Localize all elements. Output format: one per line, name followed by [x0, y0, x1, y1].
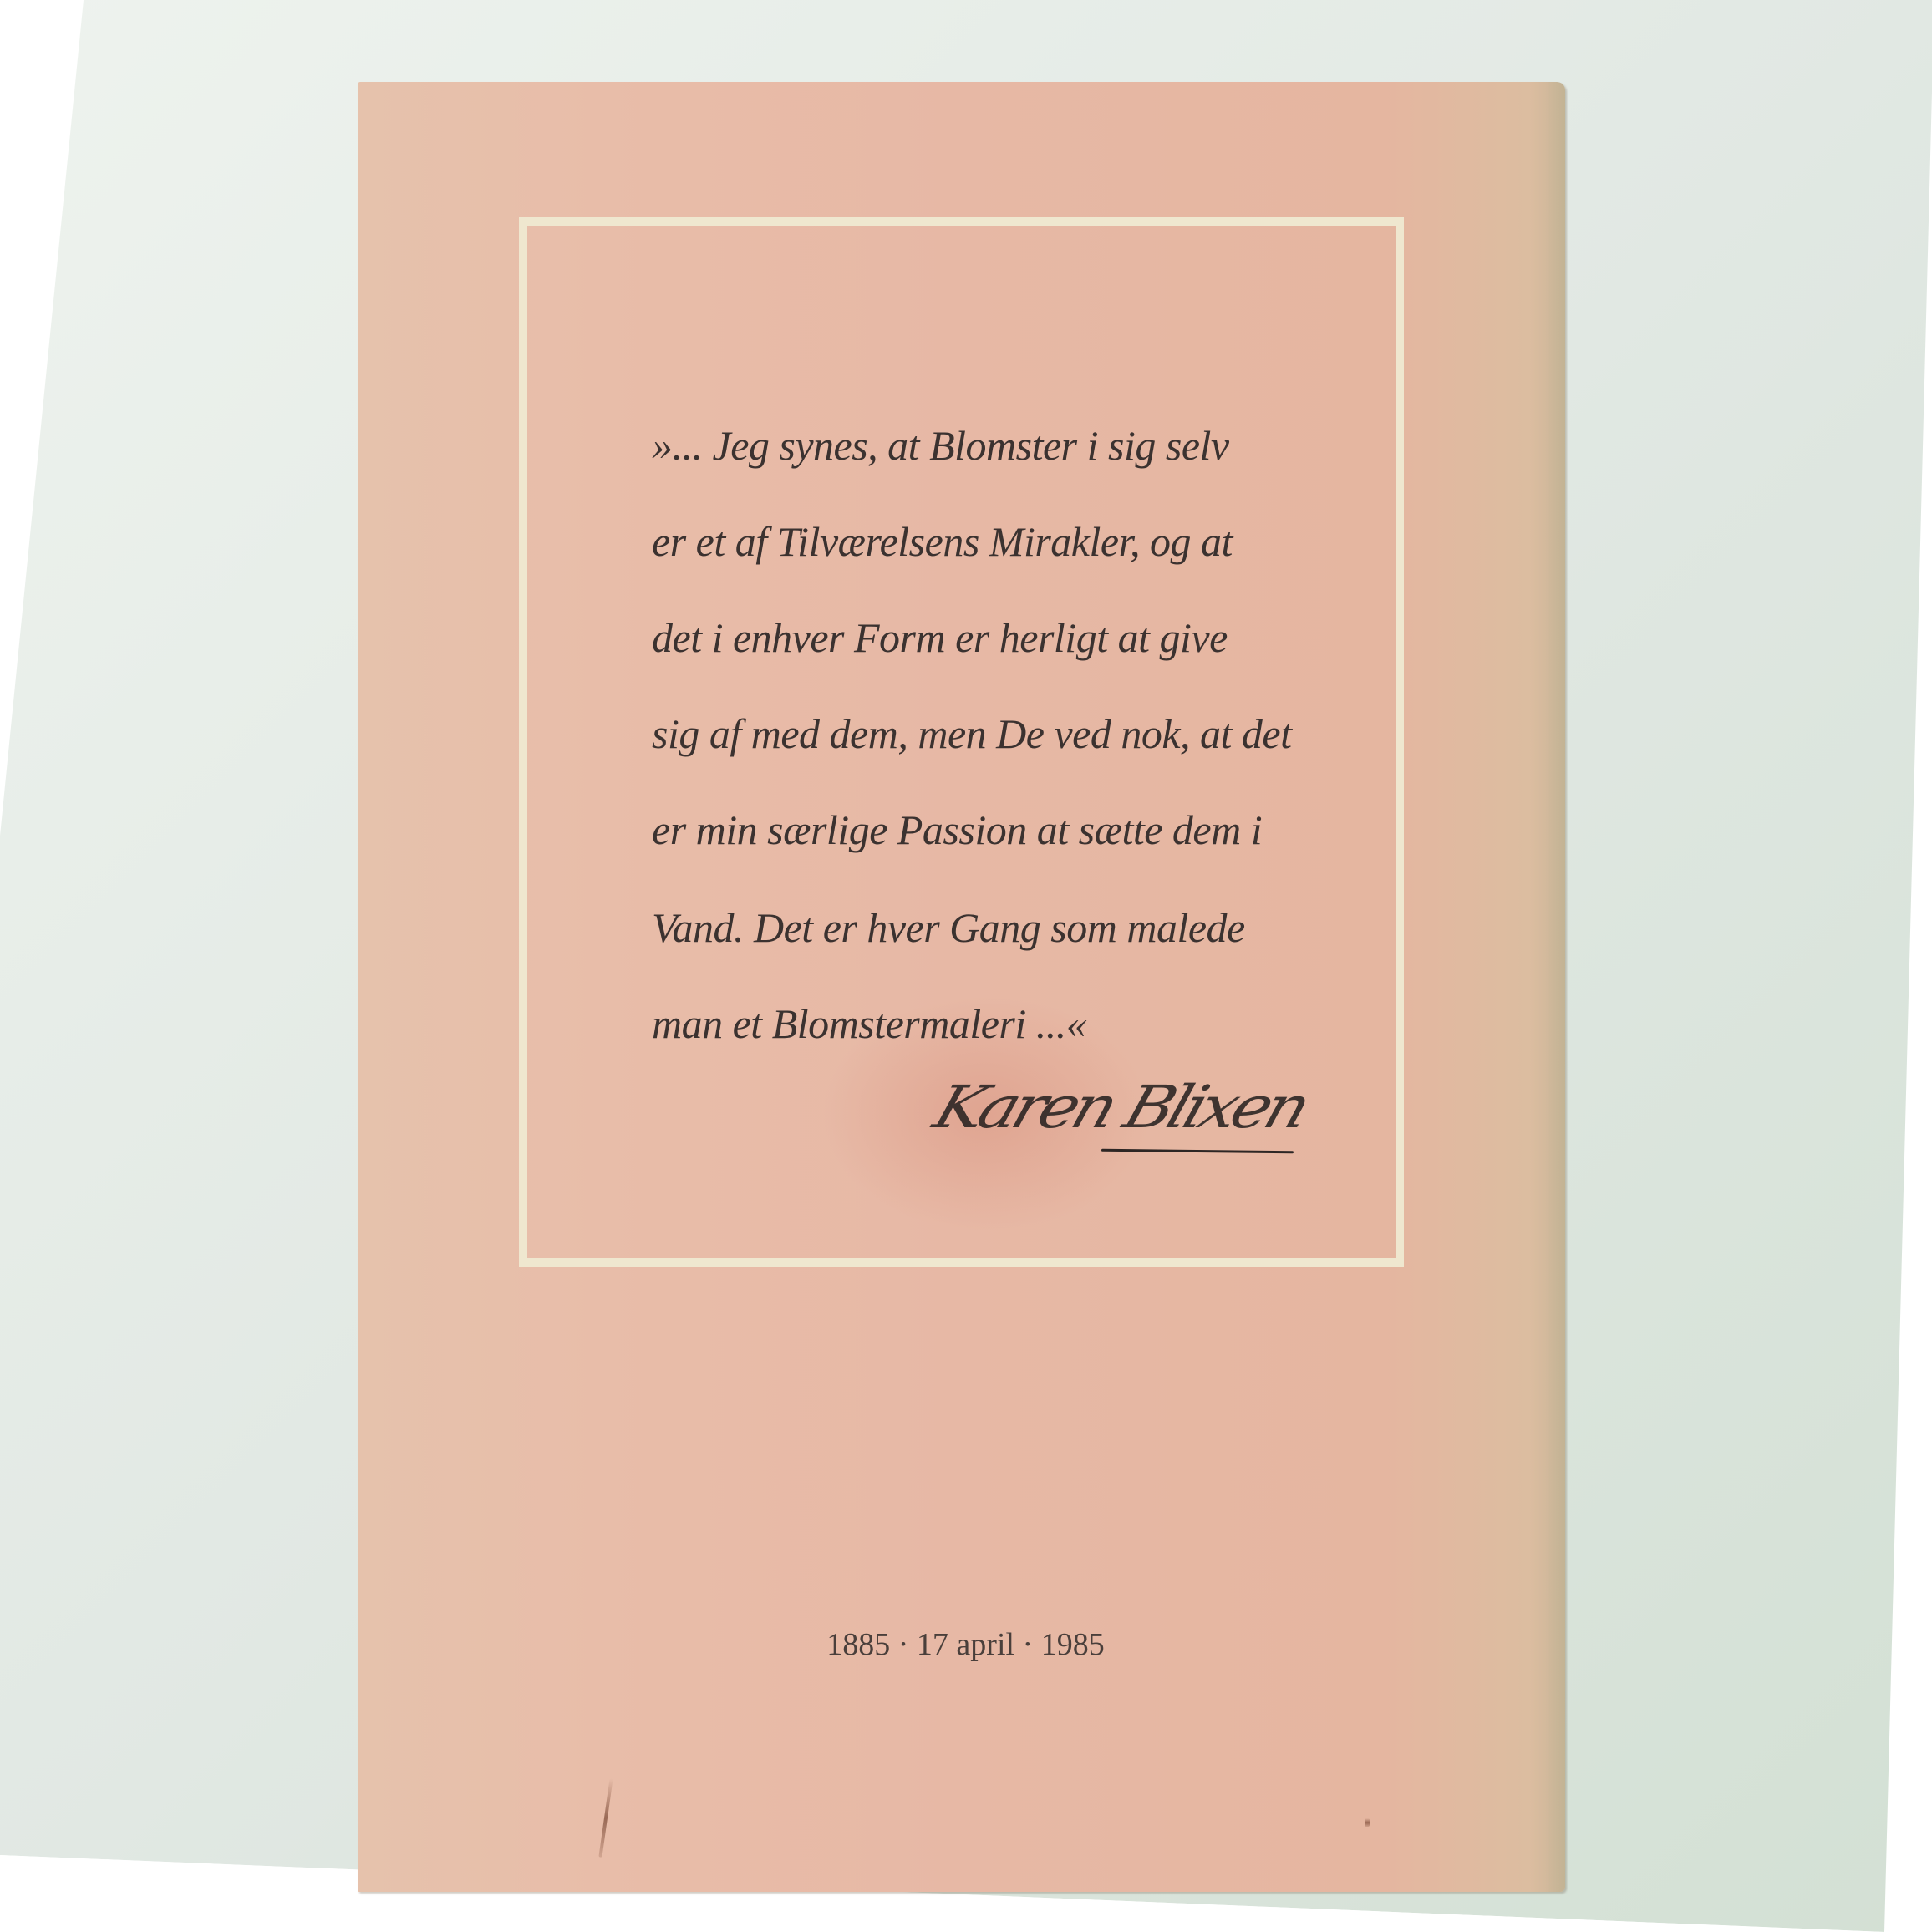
signature-text: Karen Blixen [926, 1074, 1314, 1141]
quote-line: »... Jeg synes, at Blomster i sig selv [652, 425, 1229, 466]
quote-line: man et Blomstermaleri ...« [652, 1003, 1086, 1045]
signature-underline [1101, 1149, 1294, 1153]
quote-line: sig af med dem, men De ved nok, at det [652, 713, 1292, 755]
quote-line: det i enhver Form er herligt at give [652, 617, 1228, 658]
scuff-mark [1365, 1818, 1370, 1827]
quote-line: Vand. Det er hver Gang som malede [652, 907, 1245, 948]
author-signature: Karen Blixen [926, 1058, 1302, 1167]
quote-line: er et af Tilværelsens Mirakler, og at [652, 521, 1233, 562]
quote-line: er min særlige Passion at sætte dem i [652, 809, 1262, 851]
anniversary-dates: 1885 · 17 april · 1985 [821, 1626, 1110, 1663]
book-back-cover: »... Jeg synes, at Blomster i sig selv e… [358, 82, 1565, 1892]
scuff-mark [598, 1778, 613, 1858]
photo-scene: »... Jeg synes, at Blomster i sig selv e… [0, 0, 1932, 1932]
